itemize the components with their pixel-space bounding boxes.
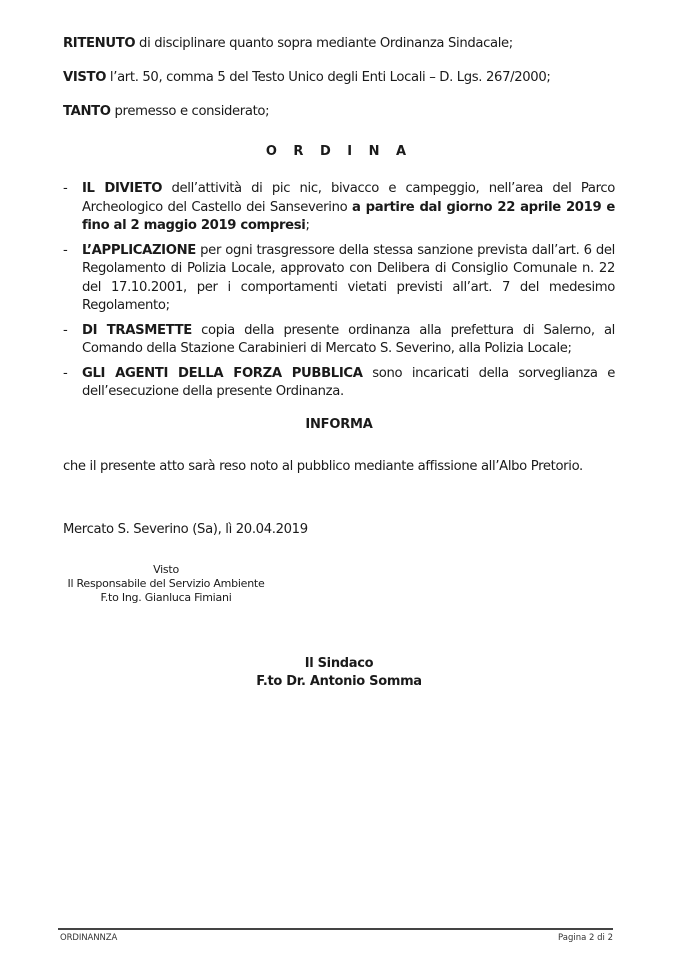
dash-bullet: - [63,180,67,199]
dash-bullet: - [63,242,67,261]
preamble-tanto: TANTO premesso e considerato; [63,104,269,119]
order-keyword: DI TRASMETTE [82,323,192,338]
dash-bullet: - [63,365,67,384]
order-item: -DI TRASMETTE copia della presente ordin… [63,322,615,359]
visto-block: Visto Il Responsabile del Servizio Ambie… [54,563,278,605]
order-tail: ; [305,218,309,233]
mayor-name: F.to Dr. Antonio Somma [0,673,678,691]
mayor-title: Il Sindaco [0,655,678,673]
preamble-ritenuto: RITENUTO di disciplinare quanto sopra me… [63,36,513,51]
order-keyword: L’APPLICAZIONE [82,243,196,258]
order-item: -GLI AGENTI DELLA FORZA PUBBLICA sono in… [63,365,615,402]
place-date: Mercato S. Severino (Sa), lì 20.04.2019 [63,522,308,537]
informa-paragraph: che il presente atto sarà reso noto al p… [63,458,615,477]
order-item: -IL DIVIETO dell’attività di pic nic, bi… [63,180,615,236]
responsible-role: Il Responsabile del Servizio Ambiente [54,577,278,591]
preamble-visto: VISTO l’art. 50, comma 5 del Testo Unico… [63,70,550,85]
preamble-text: premesso e considerato; [111,104,270,119]
preamble-keyword: VISTO [63,70,106,85]
order-keyword: GLI AGENTI DELLA FORZA PUBBLICA [82,366,363,381]
preamble-text: di disciplinare quanto sopra mediante Or… [135,36,513,51]
document-page: RITENUTO di disciplinare quanto sopra me… [0,0,678,960]
visto-label: Visto [54,563,278,577]
preamble-keyword: TANTO [63,104,111,119]
orders-list: -IL DIVIETO dell’attività di pic nic, bi… [63,180,615,408]
footer-page-number: Pagina 2 di 2 [558,933,613,943]
order-keyword: IL DIVIETO [82,181,162,196]
responsible-name: F.to Ing. Gianluca Fimiani [54,591,278,605]
order-item: -L’APPLICAZIONE per ogni trasgressore de… [63,242,615,316]
mayor-signature: Il Sindaco F.to Dr. Antonio Somma [0,655,678,691]
footer-doc-type: ORDINANNZA [60,933,117,943]
footer-divider [58,928,613,930]
preamble-text: l’art. 50, comma 5 del Testo Unico degli… [106,70,550,85]
ordina-heading: O R D I N A [0,144,678,159]
informa-heading: INFORMA [0,417,678,432]
preamble-keyword: RITENUTO [63,36,135,51]
dash-bullet: - [63,322,67,341]
